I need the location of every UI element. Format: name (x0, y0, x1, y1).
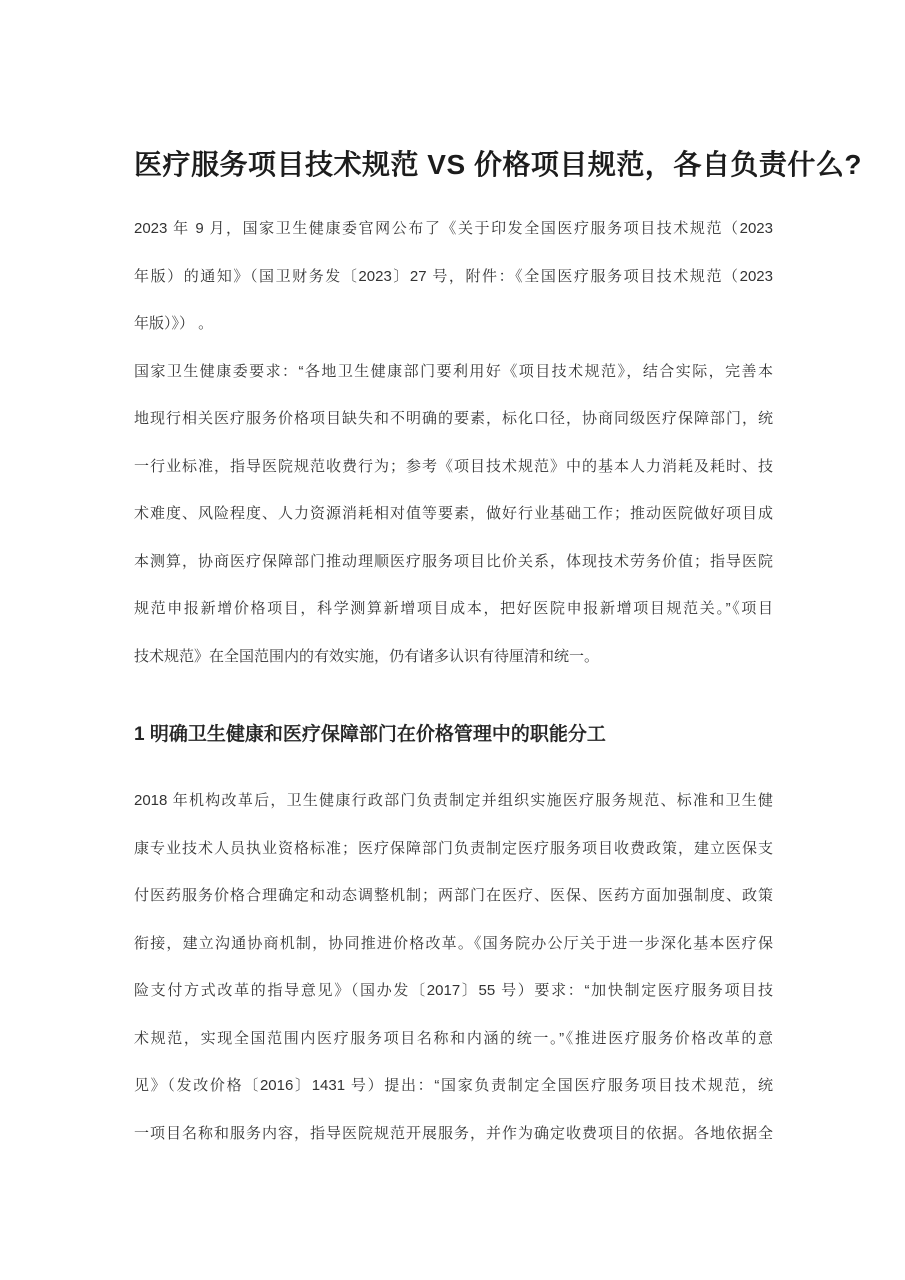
paragraph-2-line-7: 技术规范》在全国范围内的有效实施，仍有诸多认识有待厘清和统一。 (134, 633, 773, 681)
paragraph-3-line-2: 康专业技术人员执业资格标准；医疗保障部门负责制定医疗服务项目收费政策，建立医保支 (134, 825, 773, 873)
document-page: 医疗服务项目技术规范 VS 价格项目规范，各自负责什么? 2023 年 9 月，… (0, 0, 905, 1280)
paragraph-3-line-4: 衔接，建立沟通协商机制，协同推进价格改革。《国务院办公厅关于进一步深化基本医疗保 (134, 920, 773, 968)
paragraph-3-line-6: 术规范，实现全国范围内医疗服务项目名称和内涵的统一。”《推进医疗服务价格改革的意 (134, 1015, 773, 1063)
document-title: 医疗服务项目技术规范 VS 价格项目规范，各自负责什么? (134, 148, 773, 182)
paragraph-3-line-8: 一项目名称和服务内容，指导医院规范开展服务，并作为确定收费项目的依据。各地依据全 (134, 1110, 773, 1158)
paragraph-2-line-5: 本测算，协商医疗保障部门推动理顺医疗服务项目比价关系，体现技术劳务价值；指导医院 (134, 538, 773, 586)
paragraph-2: 国家卫生健康委要求：“各地卫生健康部门要利用好《项目技术规范》，结合实际，完善本… (134, 348, 773, 681)
paragraph-2-line-3: 一行业标准，指导医院规范收费行为；参考《项目技术规范》中的基本人力消耗及耗时、技 (134, 443, 773, 491)
paragraph-1: 2023 年 9 月，国家卫生健康委官网公布了《关于印发全国医疗服务项目技术规范… (134, 205, 773, 348)
section-heading-1: 1 明确卫生健康和医疗保障部门在价格管理中的职能分工 (134, 722, 773, 748)
paragraph-2-line-4: 术难度、风险程度、人力资源消耗相对值等要素，做好行业基础工作；推动医院做好项目成 (134, 490, 773, 538)
paragraph-3-line-5: 险支付方式改革的指导意见》（国办发〔2017〕55 号）要求：“加快制定医疗服务… (134, 967, 773, 1015)
paragraph-3-line-1: 2018 年机构改革后，卫生健康行政部门负责制定并组织实施医疗服务规范、标准和卫… (134, 777, 773, 825)
paragraph-3-line-3: 付医药服务价格合理确定和动态调整机制；两部门在医疗、医保、医药方面加强制度、政策 (134, 872, 773, 920)
paragraph-1-line-1: 2023 年 9 月，国家卫生健康委官网公布了《关于印发全国医疗服务项目技术规范… (134, 205, 773, 253)
paragraph-1-line-3: 年版）》） 。 (134, 300, 773, 348)
paragraph-2-line-2: 地现行相关医疗服务价格项目缺失和不明确的要素，标化口径，协商同级医疗保障部门，统 (134, 395, 773, 443)
paragraph-2-line-1: 国家卫生健康委要求：“各地卫生健康部门要利用好《项目技术规范》，结合实际，完善本 (134, 348, 773, 396)
paragraph-3-line-7: 见》（发改价格〔2016〕1431 号）提出：“国家负责制定全国医疗服务项目技术… (134, 1062, 773, 1110)
paragraph-1-line-2: 年版）的通知》（国卫财务发〔2023〕27 号，附件：《全国医疗服务项目技术规范… (134, 253, 773, 301)
document-content: 医疗服务项目技术规范 VS 价格项目规范，各自负责什么? 2023 年 9 月，… (134, 0, 773, 1157)
paragraph-3: 2018 年机构改革后，卫生健康行政部门负责制定并组织实施医疗服务规范、标准和卫… (134, 777, 773, 1157)
paragraph-2-line-6: 规范申报新增价格项目，科学测算新增项目成本，把好医院申报新增项目规范关。”《项目 (134, 585, 773, 633)
